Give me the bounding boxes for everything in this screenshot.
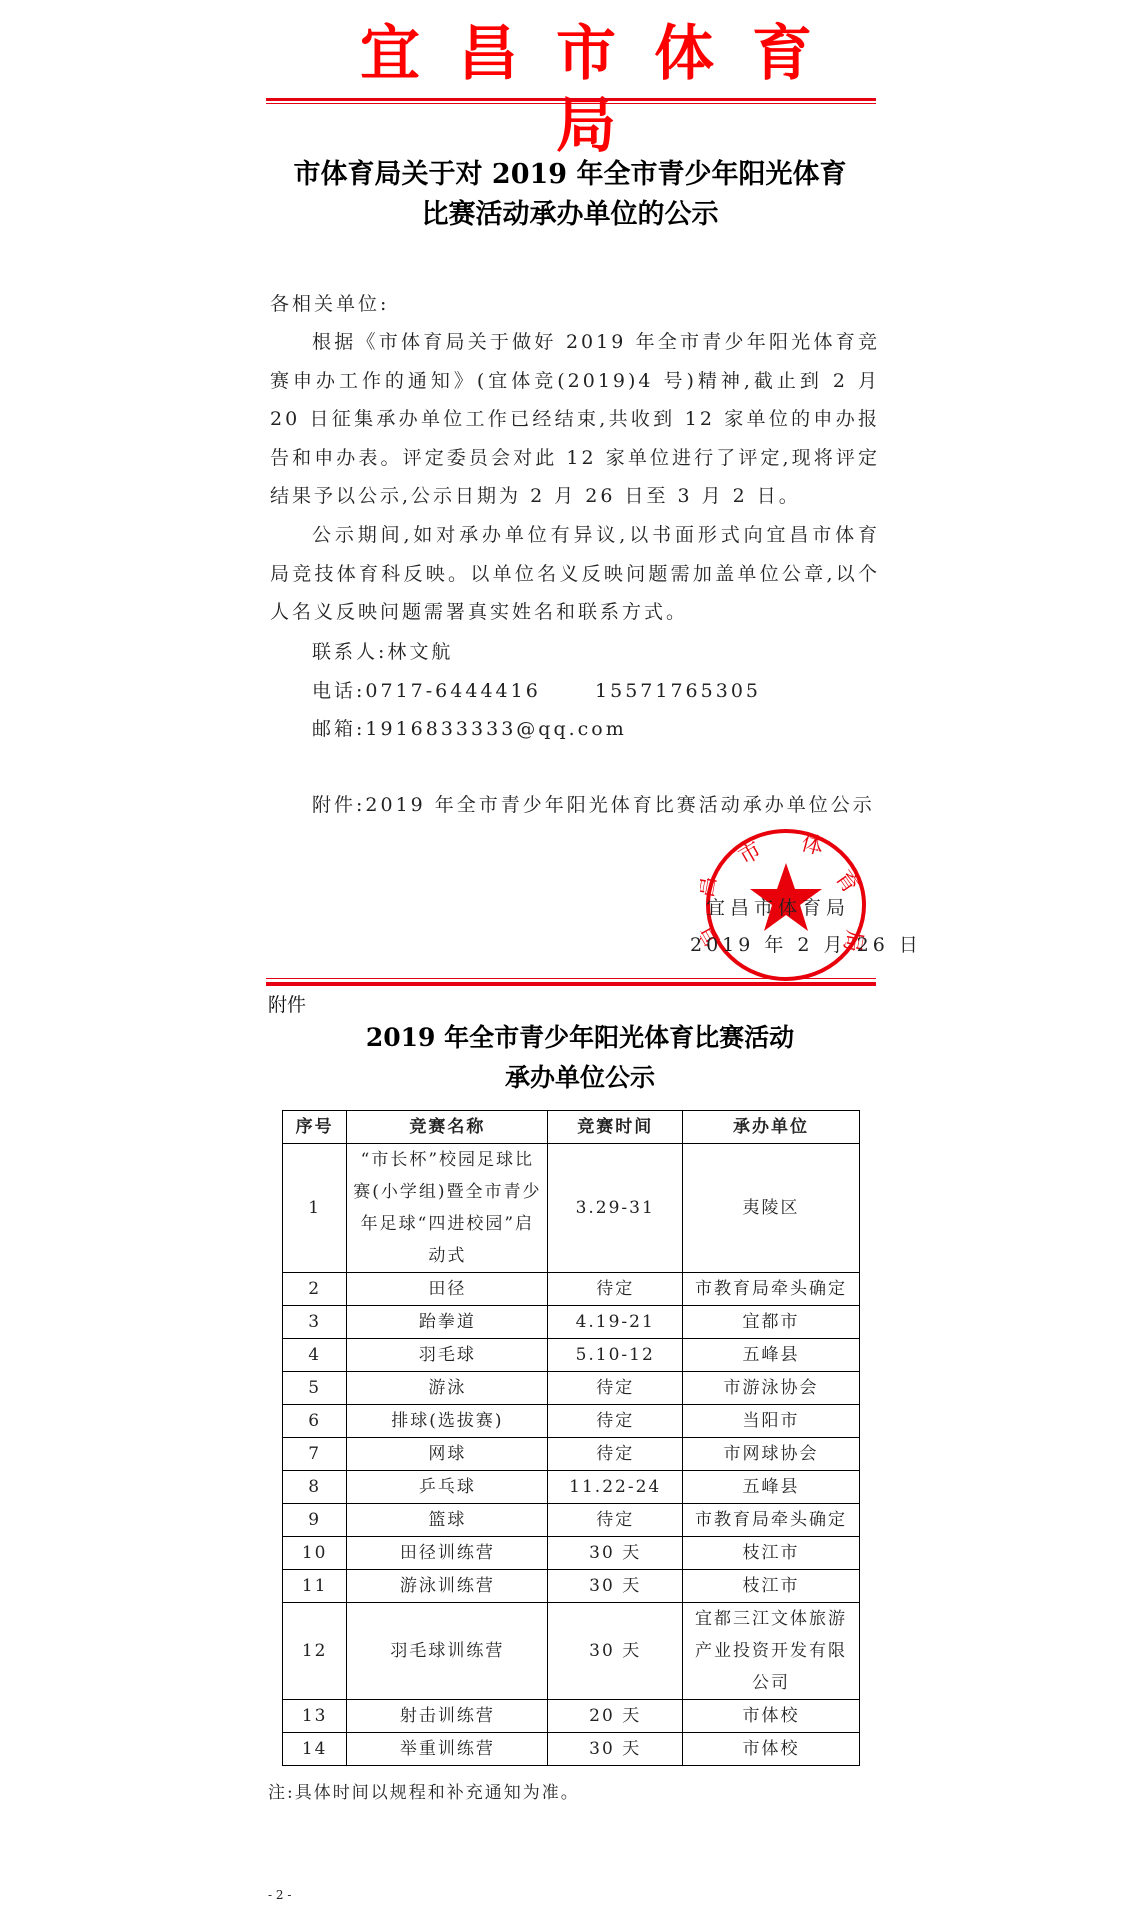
- table-row: 3 跆拳道 4.19-21 宜都市: [283, 1306, 860, 1339]
- masthead-org-name: 宜昌市体育局: [296, 18, 876, 162]
- cell-no: 7: [283, 1438, 347, 1471]
- cell-no: 10: [283, 1537, 347, 1570]
- cell-name: 田径训练营: [347, 1537, 548, 1570]
- attachment-title-line-2: 承办单位公示: [260, 1058, 900, 1098]
- table-row: 8 乒乓球 11.22-24 五峰县: [283, 1471, 860, 1504]
- cell-no: 8: [283, 1471, 347, 1504]
- cell-no: 11: [283, 1570, 347, 1603]
- svg-text:市: 市: [735, 838, 767, 871]
- contact-email: 邮箱:1916833333@qq.com: [312, 714, 627, 741]
- cell-name: 举重训练营: [347, 1733, 548, 1766]
- paragraph-1: 根据《市体育局关于做好 2019 年全市青少年阳光体育竞赛申办工作的通知》(宜体…: [270, 323, 880, 516]
- cell-time: 30 天: [548, 1537, 683, 1570]
- events-table: 序号 竞赛名称 竞赛时间 承办单位 1 “市长杯”校园足球比赛(小学组)暨全市青…: [282, 1110, 860, 1766]
- cell-name: 射击训练营: [347, 1700, 548, 1733]
- cell-host: 市教育局牵头确定: [683, 1504, 860, 1537]
- contact-person: 联系人:林文航: [312, 637, 453, 664]
- cell-time: 30 天: [548, 1570, 683, 1603]
- masthead-red-rule-thin: [266, 103, 876, 104]
- contact-phone: 电话:0717-6444416 15571765305: [312, 676, 761, 703]
- cell-name: 排球(选拔赛): [347, 1405, 548, 1438]
- cell-host: 当阳市: [683, 1405, 860, 1438]
- table-row: 13 射击训练营 20 天 市体校: [283, 1700, 860, 1733]
- cell-time: 30 天: [548, 1733, 683, 1766]
- cell-time: 待定: [548, 1372, 683, 1405]
- signature-org: 宜昌市体育局: [706, 893, 850, 920]
- cell-host: 宜都市: [683, 1306, 860, 1339]
- cell-time: 5.10-12: [548, 1339, 683, 1372]
- header-name: 竞赛名称: [347, 1111, 548, 1144]
- cell-time: 20 天: [548, 1700, 683, 1733]
- header-time: 竞赛时间: [548, 1111, 683, 1144]
- table-row: 4 羽毛球 5.10-12 五峰县: [283, 1339, 860, 1372]
- cell-time: 待定: [548, 1273, 683, 1306]
- cell-no: 4: [283, 1339, 347, 1372]
- masthead-red-rule: [266, 98, 876, 101]
- cell-host: 枝江市: [683, 1537, 860, 1570]
- table-row: 10 田径训练营 30 天 枝江市: [283, 1537, 860, 1570]
- table-row: 14 举重训练营 30 天 市体校: [283, 1733, 860, 1766]
- cell-name: 羽毛球: [347, 1339, 548, 1372]
- document-page: 宜昌市体育局 市体育局关于对 2019 年全市青少年阳光体育 比赛活动承办单位的…: [0, 0, 1122, 1908]
- cell-no: 3: [283, 1306, 347, 1339]
- table-row: 6 排球(选拔赛) 待定 当阳市: [283, 1405, 860, 1438]
- table-row: 2 田径 待定 市教育局牵头确定: [283, 1273, 860, 1306]
- cell-name: 羽毛球训练营: [347, 1603, 548, 1700]
- cell-host: 市网球协会: [683, 1438, 860, 1471]
- cell-host: 市体校: [683, 1700, 860, 1733]
- cell-host: 五峰县: [683, 1339, 860, 1372]
- cell-host: 市教育局牵头确定: [683, 1273, 860, 1306]
- cell-time: 4.19-21: [548, 1306, 683, 1339]
- section-red-rule: [266, 982, 876, 986]
- cell-time: 30 天: [548, 1603, 683, 1700]
- document-title-line-2: 比赛活动承办单位的公示: [240, 195, 900, 235]
- cell-no: 14: [283, 1733, 347, 1766]
- attachment-title-line-1: 2019 年全市青少年阳光体育比赛活动: [260, 1018, 900, 1058]
- cell-name: “市长杯”校园足球比赛(小学组)暨全市青少年足球“四进校园”启动式: [347, 1144, 548, 1273]
- cell-time: 3.29-31: [548, 1144, 683, 1273]
- cell-time: 11.22-24: [548, 1471, 683, 1504]
- section-red-rule-thin: [266, 978, 876, 979]
- header-host: 承办单位: [683, 1111, 860, 1144]
- cell-host: 枝江市: [683, 1570, 860, 1603]
- paragraph-2: 公示期间,如对承办单位有异议,以书面形式向宜昌市体育局竞技体育科反映。以单位名义…: [270, 516, 880, 632]
- table-row: 5 游泳 待定 市游泳协会: [283, 1372, 860, 1405]
- table-row: 9 篮球 待定 市教育局牵头确定: [283, 1504, 860, 1537]
- cell-name: 乒乓球: [347, 1471, 548, 1504]
- cell-time: 待定: [548, 1504, 683, 1537]
- signature-date: 2019 年 2 月 26 日: [690, 930, 922, 957]
- cell-name: 网球: [347, 1438, 548, 1471]
- cell-host: 夷陵区: [683, 1144, 860, 1273]
- table-row: 11 游泳训练营 30 天 枝江市: [283, 1570, 860, 1603]
- attachment-reference: 附件:2019 年全市青少年阳光体育比赛活动承办单位公示: [312, 790, 875, 817]
- cell-no: 6: [283, 1405, 347, 1438]
- cell-time: 待定: [548, 1405, 683, 1438]
- cell-no: 2: [283, 1273, 347, 1306]
- cell-name: 田径: [347, 1273, 548, 1306]
- cell-time: 待定: [548, 1438, 683, 1471]
- cell-host: 市体校: [683, 1733, 860, 1766]
- cell-no: 12: [283, 1603, 347, 1700]
- table-note: 注:具体时间以规程和补充通知为准。: [268, 1778, 580, 1803]
- attachment-label: 附件: [268, 990, 306, 1017]
- attachment-title: 2019 年全市青少年阳光体育比赛活动 承办单位公示: [260, 1018, 900, 1098]
- page-number: - 2 -: [268, 1888, 291, 1902]
- cell-no: 13: [283, 1700, 347, 1733]
- cell-name: 跆拳道: [347, 1306, 548, 1339]
- cell-no: 9: [283, 1504, 347, 1537]
- table-row: 1 “市长杯”校园足球比赛(小学组)暨全市青少年足球“四进校园”启动式 3.29…: [283, 1144, 860, 1273]
- cell-name: 游泳: [347, 1372, 548, 1405]
- table-row: 7 网球 待定 市网球协会: [283, 1438, 860, 1471]
- salutation: 各相关单位:: [270, 285, 880, 324]
- cell-name: 游泳训练营: [347, 1570, 548, 1603]
- header-no: 序号: [283, 1111, 347, 1144]
- cell-no: 1: [283, 1144, 347, 1273]
- cell-no: 5: [283, 1372, 347, 1405]
- document-title: 市体育局关于对 2019 年全市青少年阳光体育 比赛活动承办单位的公示: [240, 155, 900, 235]
- svg-text:体: 体: [798, 831, 826, 861]
- table-row: 12 羽毛球训练营 30 天 宜都三江文体旅游产业投资开发有限公司: [283, 1603, 860, 1700]
- cell-name: 篮球: [347, 1504, 548, 1537]
- table-header-row: 序号 竞赛名称 竞赛时间 承办单位: [283, 1111, 860, 1144]
- cell-host: 宜都三江文体旅游产业投资开发有限公司: [683, 1603, 860, 1700]
- cell-host: 五峰县: [683, 1471, 860, 1504]
- cell-host: 市游泳协会: [683, 1372, 860, 1405]
- document-title-line-1: 市体育局关于对 2019 年全市青少年阳光体育: [240, 155, 900, 195]
